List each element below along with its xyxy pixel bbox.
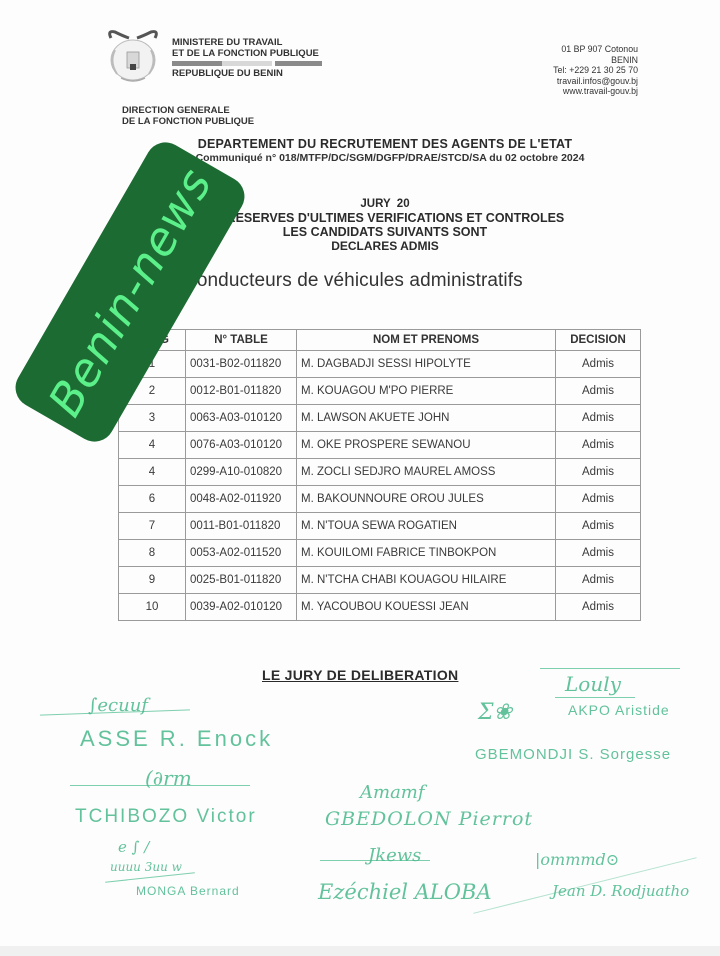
signature-name-6: MONGA Bernard (136, 884, 240, 898)
table-number-cell: 0299-A10-010820 (186, 459, 297, 486)
address-email: travail.infos@gouv.bj (553, 76, 638, 87)
signature-name-8: Jean D. Rodjuatho (552, 882, 689, 900)
decision-cell: Admis (556, 405, 641, 432)
rank-cell: 4 (119, 459, 186, 486)
signature-name-2: AKPO Aristide (568, 702, 670, 718)
jury-deliberation-title: LE JURY DE DELIBERATION (262, 667, 458, 683)
signature-scribble: Louly (565, 672, 621, 696)
table-number-cell: 0011-B01-011820 (186, 513, 297, 540)
position-title: Conducteurs de véhicules administratifs (183, 270, 523, 292)
rank-cell: 10 (119, 594, 186, 621)
bottom-strip (0, 946, 720, 956)
table-row: 80053-A02-011520M. KOUILOMI FABRICE TINB… (119, 540, 641, 567)
name-cell: M. YACOUBOU KOUESSI JEAN (297, 594, 556, 621)
column-header-name: NOM ET PRENOMS (297, 330, 556, 351)
address-po-box: 01 BP 907 Cotonou (553, 44, 638, 55)
table-number-cell: 0025-B01-011820 (186, 567, 297, 594)
signature-stroke (555, 697, 635, 698)
ministry-line-2: ET DE LA FONCTION PUBLIQUE (172, 49, 322, 60)
announcement-line-2: LES CANDIDATS SUIVANTS SONT (170, 225, 600, 239)
decision-cell: Admis (556, 351, 641, 378)
announcement-line-3: DECLARES ADMIS (170, 239, 600, 253)
republic-label: REPUBLIQUE DU BENIN (172, 69, 322, 80)
decision-cell: Admis (556, 594, 641, 621)
name-cell: M. KOUILOMI FABRICE TINBOKPON (297, 540, 556, 567)
ministry-line-1: MINISTERE DU TRAVAIL (172, 38, 322, 49)
document-page: MINISTERE DU TRAVAIL ET DE LA FONCTION P… (0, 0, 720, 946)
address-website: www.travail-gouv.bj (553, 86, 638, 97)
signature-name-3: GBEMONDJI S. Sorgesse (475, 746, 671, 763)
direction-label: DIRECTION GENERALE DE LA FONCTION PUBLIQ… (122, 105, 254, 127)
table-number-cell: 0048-A02-011920 (186, 486, 297, 513)
decision-cell: Admis (556, 486, 641, 513)
table-row: 40076-A03-010120M. OKE PROSPERE SEWANOUA… (119, 432, 641, 459)
table-row: 90025-B01-011820M. N'TCHA CHABI KOUAGOU … (119, 567, 641, 594)
signature-scribble: ∫ecuuf (88, 695, 148, 716)
ministry-address: 01 BP 907 Cotonou BENIN Tel: +229 21 30 … (553, 44, 638, 97)
table-number-cell: 0076-A03-010120 (186, 432, 297, 459)
decision-cell: Admis (556, 540, 641, 567)
table-row: 40299-A10-010820M. ZOCLI SEDJRO MAUREL A… (119, 459, 641, 486)
name-cell: M. DAGBADJI SESSI HIPOLYTE (297, 351, 556, 378)
table-row: 20012-B01-011820M. KOUAGOU M'PO PIERREAd… (119, 378, 641, 405)
signature-name-1: ASSE R. Enock (80, 726, 273, 752)
table-row: 70011-B01-011820M. N'TOUA SEWA ROGATIENA… (119, 513, 641, 540)
decision-cell: Admis (556, 378, 641, 405)
signature-scribble: Σ❀ (478, 700, 512, 725)
signature-stroke (540, 668, 680, 669)
signature-name-5: GBEDOLON Pierrot (325, 808, 533, 830)
address-phone: Tel: +229 21 30 25 70 (553, 65, 638, 76)
communique-reference: Communiqué n° 018/MTFP/DC/SGM/DGFP/DRAE/… (0, 152, 720, 164)
signature-scribble: Amamf (360, 782, 425, 803)
signature-scribble: uuuu 3uu w (110, 860, 182, 874)
rank-cell: 9 (119, 567, 186, 594)
table-row: 10031-B02-011820M. DAGBADJI SESSI HIPOLY… (119, 351, 641, 378)
table-number-cell: 0053-A02-011520 (186, 540, 297, 567)
table-row: 100039-A02-010120M. YACOUBOU KOUESSI JEA… (119, 594, 641, 621)
signature-scribble: |ommmd⊙ (535, 850, 619, 869)
benin-coat-of-arms-icon (103, 28, 163, 84)
rank-cell: 7 (119, 513, 186, 540)
signature-scribble: Jkews (368, 845, 421, 866)
ministry-header: MINISTERE DU TRAVAIL ET DE LA FONCTION P… (172, 38, 322, 80)
rank-cell: 6 (119, 486, 186, 513)
table-number-cell: 0063-A03-010120 (186, 405, 297, 432)
direction-line-2: DE LA FONCTION PUBLIQUE (122, 116, 254, 127)
signature-name-7: Ezéchiel ALOBA (318, 880, 492, 904)
name-cell: M. N'TCHA CHABI KOUAGOU HILAIRE (297, 567, 556, 594)
name-cell: M. N'TOUA SEWA ROGATIEN (297, 513, 556, 540)
results-table: RANG N° TABLE NOM ET PRENOMS DECISION 10… (118, 329, 641, 621)
address-country: BENIN (553, 55, 638, 66)
column-header-decision: DECISION (556, 330, 641, 351)
department-heading: DEPARTEMENT DU RECRUTEMENT DES AGENTS DE… (0, 137, 720, 164)
signature-scribble: (∂rm (145, 766, 192, 790)
table-number-cell: 0012-B01-011820 (186, 378, 297, 405)
decision-cell: Admis (556, 567, 641, 594)
name-cell: M. BAKOUNNOURE OROU JULES (297, 486, 556, 513)
rank-cell: 4 (119, 432, 186, 459)
name-cell: M. KOUAGOU M'PO PIERRE (297, 378, 556, 405)
direction-line-1: DIRECTION GENERALE (122, 105, 254, 116)
department-title: DEPARTEMENT DU RECRUTEMENT DES AGENTS DE… (0, 137, 720, 151)
name-cell: M. ZOCLI SEDJRO MAUREL AMOSS (297, 459, 556, 486)
table-row: 30063-A03-010120M. LAWSON AKUETE JOHNAdm… (119, 405, 641, 432)
name-cell: M. LAWSON AKUETE JOHN (297, 405, 556, 432)
decision-cell: Admis (556, 513, 641, 540)
column-header-table-number: N° TABLE (186, 330, 297, 351)
table-header-row: RANG N° TABLE NOM ET PRENOMS DECISION (119, 330, 641, 351)
signature-name-4: TCHIBOZO Victor (75, 806, 257, 828)
rank-cell: 3 (119, 405, 186, 432)
decision-cell: Admis (556, 459, 641, 486)
table-number-cell: 0039-A02-010120 (186, 594, 297, 621)
rank-cell: 8 (119, 540, 186, 567)
name-cell: M. OKE PROSPERE SEWANOU (297, 432, 556, 459)
table-row: 60048-A02-011920M. BAKOUNNOURE OROU JULE… (119, 486, 641, 513)
table-number-cell: 0031-B02-011820 (186, 351, 297, 378)
signature-scribble: e ∫ / (118, 838, 149, 856)
decision-cell: Admis (556, 432, 641, 459)
flag-bars (172, 61, 322, 66)
